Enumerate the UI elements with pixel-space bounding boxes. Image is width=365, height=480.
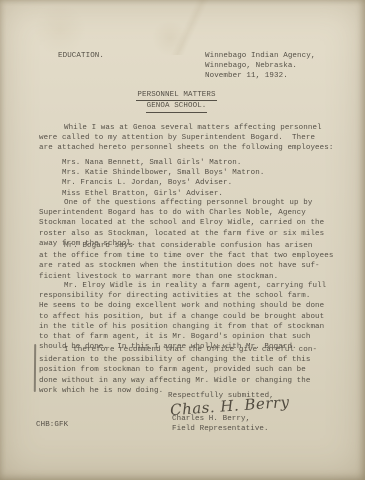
paragraph-line: Superintendent Bogard has to do with Cha… — [39, 208, 324, 218]
classification-label: EDUCATION. — [58, 51, 104, 61]
paragraph-5: I therefore recommend that the Office gi… — [39, 345, 317, 396]
paragraph-line: done without in any way affecting Mr. Wi… — [39, 376, 317, 386]
paragraph-line: are attached hereto personnel sheets on … — [39, 143, 333, 153]
signer-block: Charles H. Berry, Field Representative. — [172, 414, 269, 434]
typist-initials: CHB:GFK — [36, 420, 68, 430]
paper-crease — [120, 0, 260, 55]
paragraph-line: in the title of his position changing it… — [39, 322, 326, 332]
paragraph-1: While I was at Genoa several matters aff… — [39, 123, 333, 154]
paragraph-line: I therefore recommend that the Office gi… — [64, 345, 317, 355]
paragraph-line: are rated as stockmen when the instituti… — [39, 261, 333, 271]
paragraph-line: He seems to be doing excellent work and … — [39, 301, 326, 311]
paragraph-line: sideration to the possibility of changin… — [39, 355, 317, 365]
subject-line-2: GENOA SCHOOL. — [146, 102, 208, 112]
agency-line: Winnebago Indian Agency, — [205, 51, 315, 61]
paragraph-line: While I was at Genoa several matters aff… — [64, 123, 333, 133]
letterhead-block: Winnebago Indian Agency, Winnebago, Nebr… — [205, 51, 315, 82]
paragraph-line: to affect his position, but if a change … — [39, 312, 326, 322]
paragraph-line: responsibility for directing activities … — [39, 291, 326, 301]
paragraph-line: at the office from time to time over the… — [39, 251, 333, 261]
signer-name: Charles H. Berry, — [172, 414, 269, 424]
paragraph-line: One of the questions affecting personnel… — [64, 198, 324, 208]
paragraph-4: Mr. Elroy Widle is in reality a farm age… — [39, 281, 326, 352]
subject-heading: PERSONNEL MATTERS GENOA SCHOOL. — [0, 90, 353, 113]
pencil-margin-mark — [34, 344, 36, 392]
paragraph-line: Stockman located at the school and Elroy… — [39, 218, 324, 228]
employee-item: Mr. Francis L. Jordan, Boys' Adviser. — [62, 178, 264, 188]
paragraph-line: to that of farm agent, it is Mr. Bogard'… — [39, 332, 326, 342]
employee-item: Mrs. Katie Shindelbower, Small Boys' Mat… — [62, 168, 264, 178]
employee-list: Mrs. Nana Bennett, Small Girls' Matron. … — [62, 158, 264, 199]
employee-item: Mrs. Nana Bennett, Small Girls' Matron. — [62, 158, 264, 168]
city-line: Winnebago, Nebraska. — [205, 61, 315, 71]
classification-text: EDUCATION. — [58, 51, 104, 61]
paragraph-line: roster also as Stockman, located at the … — [39, 229, 324, 239]
letter-page: EDUCATION. Winnebago Indian Agency, Winn… — [0, 0, 365, 480]
paragraph-line: Mr. Bogard says that considerable confus… — [64, 241, 333, 251]
paragraph-line: were called to my attention by Superinte… — [39, 133, 333, 143]
typist-initials-text: CHB:GFK — [36, 420, 68, 430]
paragraph-3: Mr. Bogard says that considerable confus… — [39, 241, 333, 282]
subject-line-1: PERSONNEL MATTERS — [136, 91, 216, 101]
paragraph-line: Mr. Elroy Widle is in reality a farm age… — [64, 281, 326, 291]
paragraph-line: position from stockman to farm agent, pr… — [39, 365, 317, 375]
signer-title: Field Representative. — [172, 424, 269, 434]
date-line: November 11, 1932. — [205, 71, 315, 81]
